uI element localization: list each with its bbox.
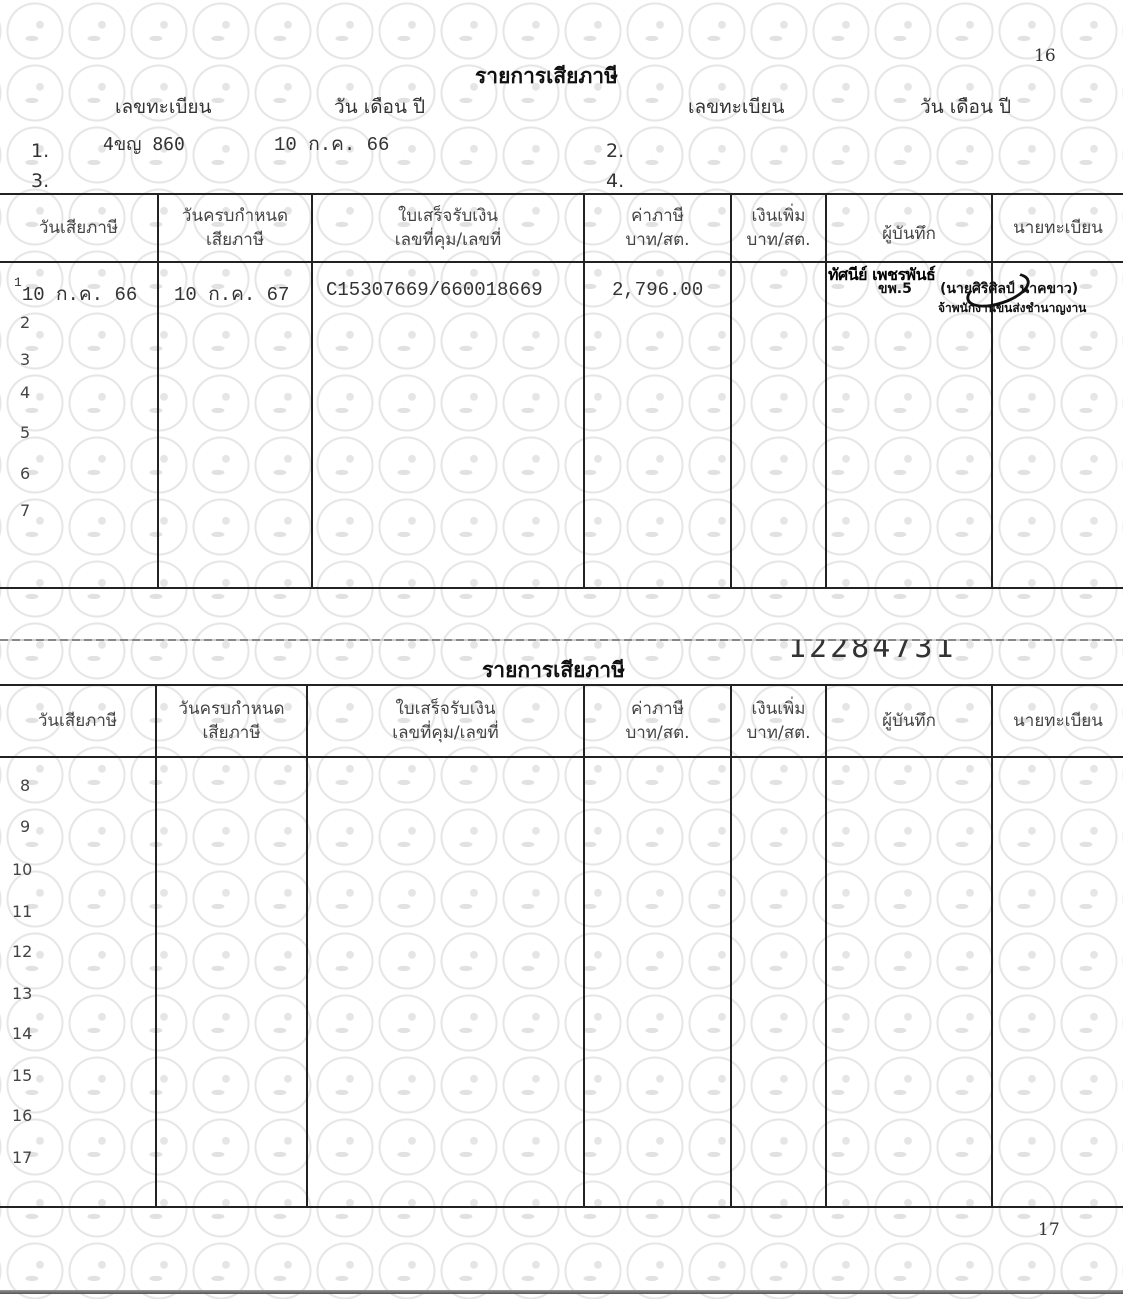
row-1-tax-amount: 2,796.00 (612, 279, 703, 301)
col-header-recorder: ผู้บันทึก (827, 201, 991, 267)
tax-table-bottom: วันเสียภาษี วันครบกำหนดเสียภาษี ใบเสร็จร… (0, 684, 1123, 1208)
row-number: 2 (20, 313, 30, 332)
col-header-tax-date: วันเสียภาษี (0, 195, 157, 261)
row-number: 6 (20, 464, 30, 483)
reg-header-date-right: วัน เดือน ปี (920, 92, 1011, 122)
row-1-tax-date: 110 ก.ค. 66 (14, 279, 137, 309)
row-number: 14 (12, 1024, 32, 1043)
page-number-top: 16 (1034, 46, 1056, 66)
row-number: 10 (12, 860, 32, 879)
col-divider (825, 686, 827, 1206)
reg-entry-1-plate: 4ขญ 860 (103, 129, 185, 158)
col-header-recorder: ผู้บันทึก (827, 686, 991, 756)
section-title-top: รายการเสียภาษี (475, 60, 618, 93)
row-number: 3 (20, 350, 30, 369)
row-number: 8 (20, 776, 30, 795)
col-header-registrar: นายทะเบียน (993, 686, 1123, 756)
reg-entry-4-index: 4. (606, 170, 624, 192)
col-header-surcharge: เงินเพิ่มบาท/สต. (732, 195, 825, 261)
col-header-tax-date: วันเสียภาษี (0, 686, 155, 756)
row-number: 7 (20, 501, 30, 520)
row-1-due-date: 10 ก.ค. 67 (174, 279, 289, 309)
stamp-role: จ้าพนักงานขนส่งชำนาญงาน (938, 299, 1086, 318)
col-divider (730, 686, 732, 1206)
reg-entry-2-index: 2. (606, 140, 624, 162)
col-divider (583, 686, 585, 1206)
reg-header-plate-right: เลขทะเบียน (688, 92, 785, 122)
row-number: 12 (12, 942, 32, 961)
col-header-receipt: ใบเสร็จรับเงินเลขที่คุม/เลขที่ (313, 195, 583, 261)
col-header-surcharge: เงินเพิ่มบาท/สต. (732, 686, 825, 756)
col-header-due-date: วันครบกำหนดเสียภาษี (159, 195, 311, 261)
serial-number: 12284731 (788, 640, 957, 662)
reg-entry-3-index: 3. (31, 170, 49, 192)
reg-entry-1-date: 10 ก.ค. 66 (274, 129, 389, 159)
col-header-tax-amount: ค่าภาษีบาท/สต. (585, 686, 730, 756)
row-number: 13 (12, 984, 32, 1003)
row-number: 15 (12, 1066, 32, 1085)
stamp-position-code: ขพ.5 (878, 278, 912, 300)
reg-header-date-left: วัน เดือน ปี (334, 92, 425, 122)
row-number: 17 (12, 1148, 32, 1167)
row-number: 5 (20, 423, 30, 442)
col-header-tax-amount: ค่าภาษีบาท/สต. (585, 195, 730, 261)
page-bottom-edge (0, 1290, 1123, 1294)
row-number: 11 (12, 902, 32, 921)
row-number: 4 (20, 383, 30, 402)
col-divider (991, 686, 993, 1206)
section-title-bottom: รายการเสียภาษี (482, 654, 625, 687)
page-number-bottom: 17 (1038, 1220, 1060, 1240)
row-number: 16 (12, 1106, 32, 1125)
header-divider (0, 756, 1123, 758)
col-divider (155, 686, 157, 1206)
col-header-receipt: ใบเสร็จรับเงินเลขที่คุม/เลขที่ (308, 686, 583, 756)
col-header-due-date: วันครบกำหนดเสียภาษี (157, 686, 306, 756)
row-1-receipt: C15307669/660018669 (326, 279, 543, 301)
reg-entry-1-index: 1. (31, 140, 49, 162)
reg-header-plate-left: เลขทะเบียน (115, 92, 212, 122)
row-number: 9 (20, 817, 30, 836)
col-divider (306, 686, 308, 1206)
col-header-registrar: นายทะเบียน (993, 195, 1123, 261)
tax-table-top: วันเสียภาษี วันครบกำหนดเสียภาษี ใบเสร็จร… (0, 193, 1123, 589)
